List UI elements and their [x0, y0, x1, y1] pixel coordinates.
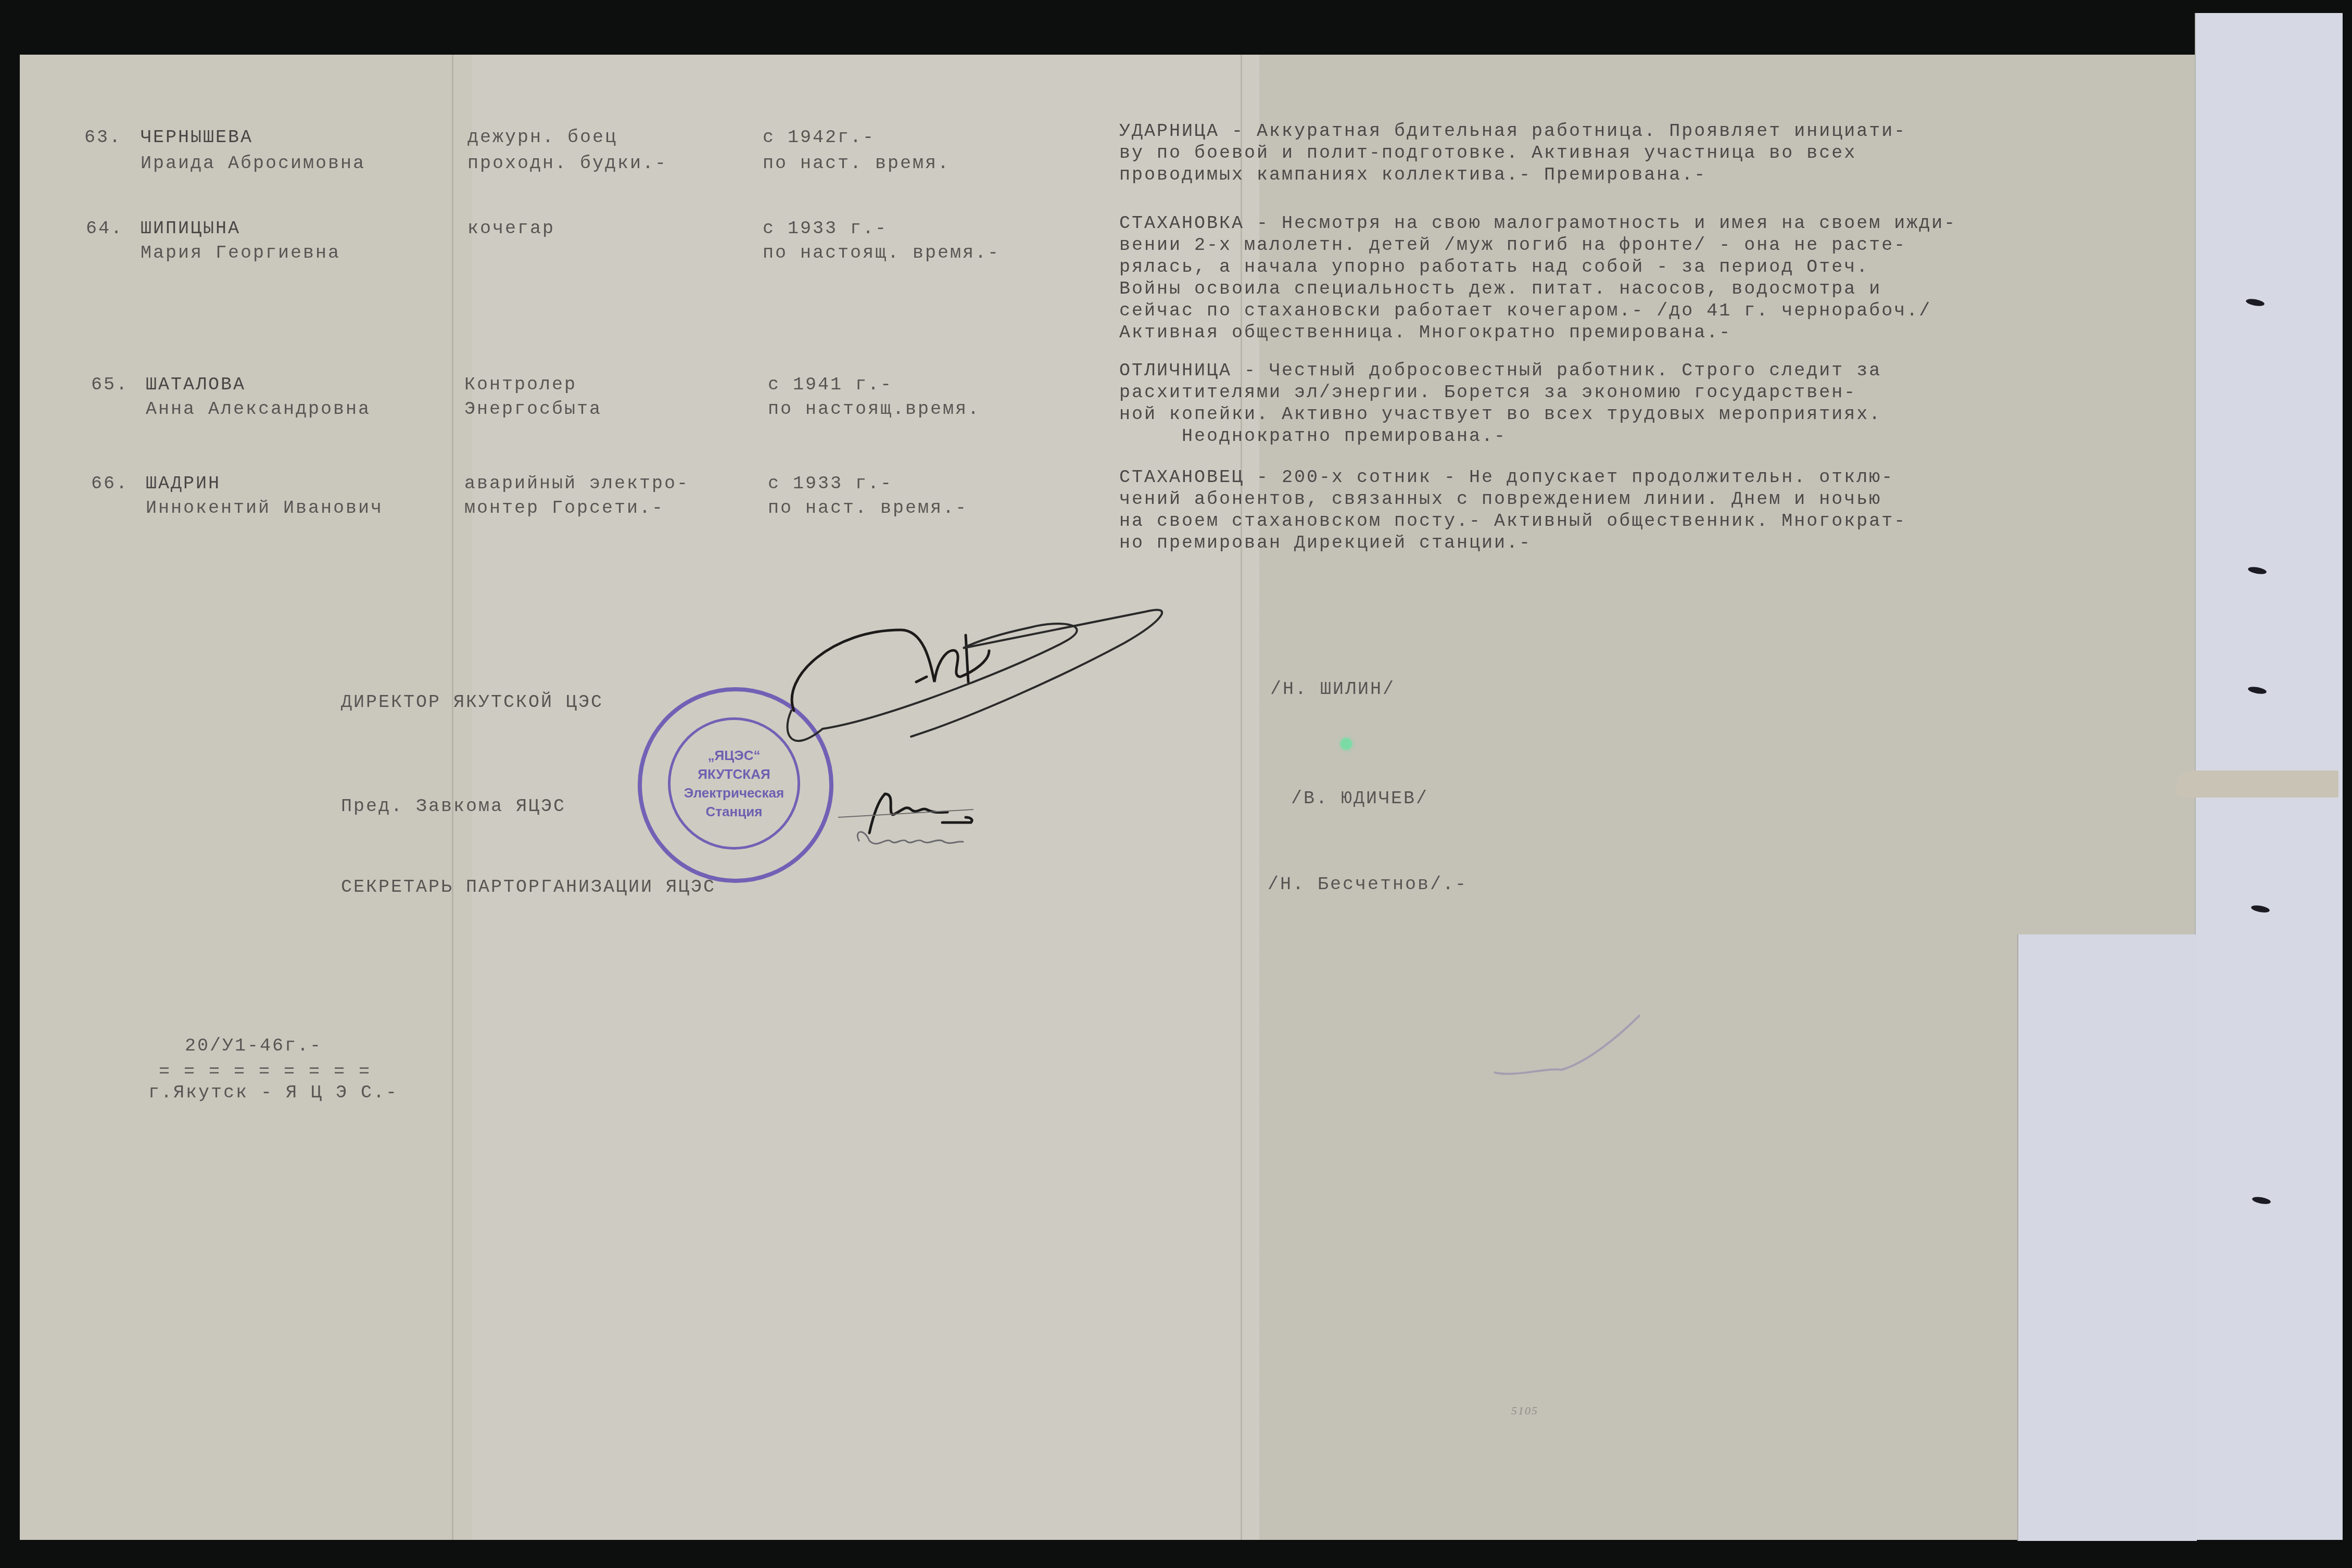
entry-description-line: Неоднократно премирована.- [1119, 424, 1507, 449]
entry-description-line: чений абонентов, связанных с повреждение… [1119, 487, 1881, 512]
entry-period: по наст. время.- [768, 496, 968, 521]
entry-period: по настоящ.время. [768, 397, 980, 422]
party-secretary-signature-icon [833, 810, 1093, 893]
entry-description-line: но премирован Дирекцией станции.- [1119, 530, 1532, 555]
entry-period: по настоящ. время.- [763, 241, 1000, 265]
entry-description-line: проводимых кампаниях коллектива.- Премир… [1119, 162, 1706, 187]
entry-number: 65. [91, 372, 129, 397]
document-place: г.Якутск - Я Ц Э С.- [148, 1080, 398, 1105]
entry-surname: ШАТАЛОВА [146, 372, 246, 397]
entry-given-names: Мария Георгиевна [141, 241, 340, 265]
seal-line: ЯКУТСКАЯ [698, 765, 770, 783]
entry-number: 66. [91, 471, 129, 496]
entry-description-line: Войны освоила специальность деж. питат. … [1119, 276, 1881, 301]
seal-line: Электрическая [684, 783, 784, 802]
entry-position: кочегар [467, 216, 555, 241]
laser-dot-artifact [1341, 738, 1352, 750]
archive-sheet-number: 5105 [1511, 1404, 1538, 1418]
entry-given-names: Анна Александровна [146, 397, 371, 422]
document-date: 20/У1-46г.- [185, 1033, 322, 1058]
entry-surname: ШИПИЦЫНА [141, 216, 241, 241]
signatory-title-director: ДИРЕКТОР ЯКУТСКОЙ ЦЭС [341, 690, 603, 715]
entry-number: 63. [84, 125, 122, 150]
seal-line: Станция [706, 802, 763, 821]
entry-description-line: вении 2-х малолетн. детей /муж погиб на … [1119, 233, 1906, 258]
torn-paper-edge [2176, 770, 2338, 798]
entry-description-line: Активная общественница. Многократно прем… [1119, 320, 1731, 345]
entry-surname: ШАДРИН [146, 471, 221, 496]
entry-description-line: на своем стахановском посту.- Активный о… [1119, 509, 1906, 534]
signatory-name-union: /В. ЮДИЧЕВ/ [1291, 786, 1428, 811]
entry-description-line: СТАХАНОВЕЦ - 200-х сотник - Не допускает… [1119, 465, 1894, 490]
director-signature-icon [770, 599, 1265, 755]
entry-period: с 1933 г.- [768, 471, 893, 496]
entry-period: с 1941 г.- [768, 372, 893, 397]
entry-given-names: Ираида Абросимовна [141, 151, 365, 176]
entry-period: с 1933 г.- [763, 216, 888, 241]
entry-period: с 1942г.- [763, 125, 875, 150]
entry-description-line: ву по боевой и полит-подготовке. Активна… [1119, 141, 1856, 166]
entry-period: по наст. время. [763, 151, 950, 176]
entry-position: дежурн. боец [467, 125, 617, 150]
mounting-paper-patch [2017, 934, 2197, 1541]
entry-position: Энергосбыта [464, 397, 602, 422]
entry-given-names: Иннокентий Иванович [146, 496, 383, 521]
entry-description-line: СТАХАНОВКА - Несмотря на свою малограмот… [1119, 211, 1956, 236]
signatory-name-director: /Н. ШИЛИН/ [1270, 677, 1395, 702]
entry-position: монтер Горсети.- [464, 496, 664, 521]
entry-description-line: ной копейки. Активно участвует во всех т… [1119, 402, 1881, 427]
entry-position: аварийный электро- [464, 471, 689, 496]
entry-description-line: УДАРНИЦА - Аккуратная бдительная работни… [1119, 119, 1906, 144]
entry-description-line: сейчас по стахановски работает кочегаром… [1119, 298, 1931, 323]
entry-position: проходн. будки.- [467, 151, 667, 176]
entry-description-line: рялась, а начала упорно работать над соб… [1119, 255, 1869, 280]
entry-description-line: ОТЛИЧНИЦА - Честный добросовестный работ… [1119, 358, 1881, 383]
entry-surname: ЧЕРНЫШЕВА [141, 125, 253, 150]
signatory-name-party-secretary: /Н. Бесчетнов/.- [1268, 872, 1468, 897]
seal-line: „ЯЦЭС“ [708, 746, 761, 765]
faint-violet-mark-icon [1484, 1010, 1650, 1093]
entry-description-line: расхитителями эл/энергии. Борется за эко… [1119, 380, 1856, 405]
entry-position: Контролер [464, 372, 577, 397]
signatory-title-party-secretary: СЕКРЕТАРЬ ПАРТОРГАНИЗАЦИИ ЯЦЭС [341, 875, 716, 900]
entry-number: 64. [86, 216, 123, 241]
signatory-title-union: Пред. Завкома ЯЦЭС [341, 794, 566, 819]
